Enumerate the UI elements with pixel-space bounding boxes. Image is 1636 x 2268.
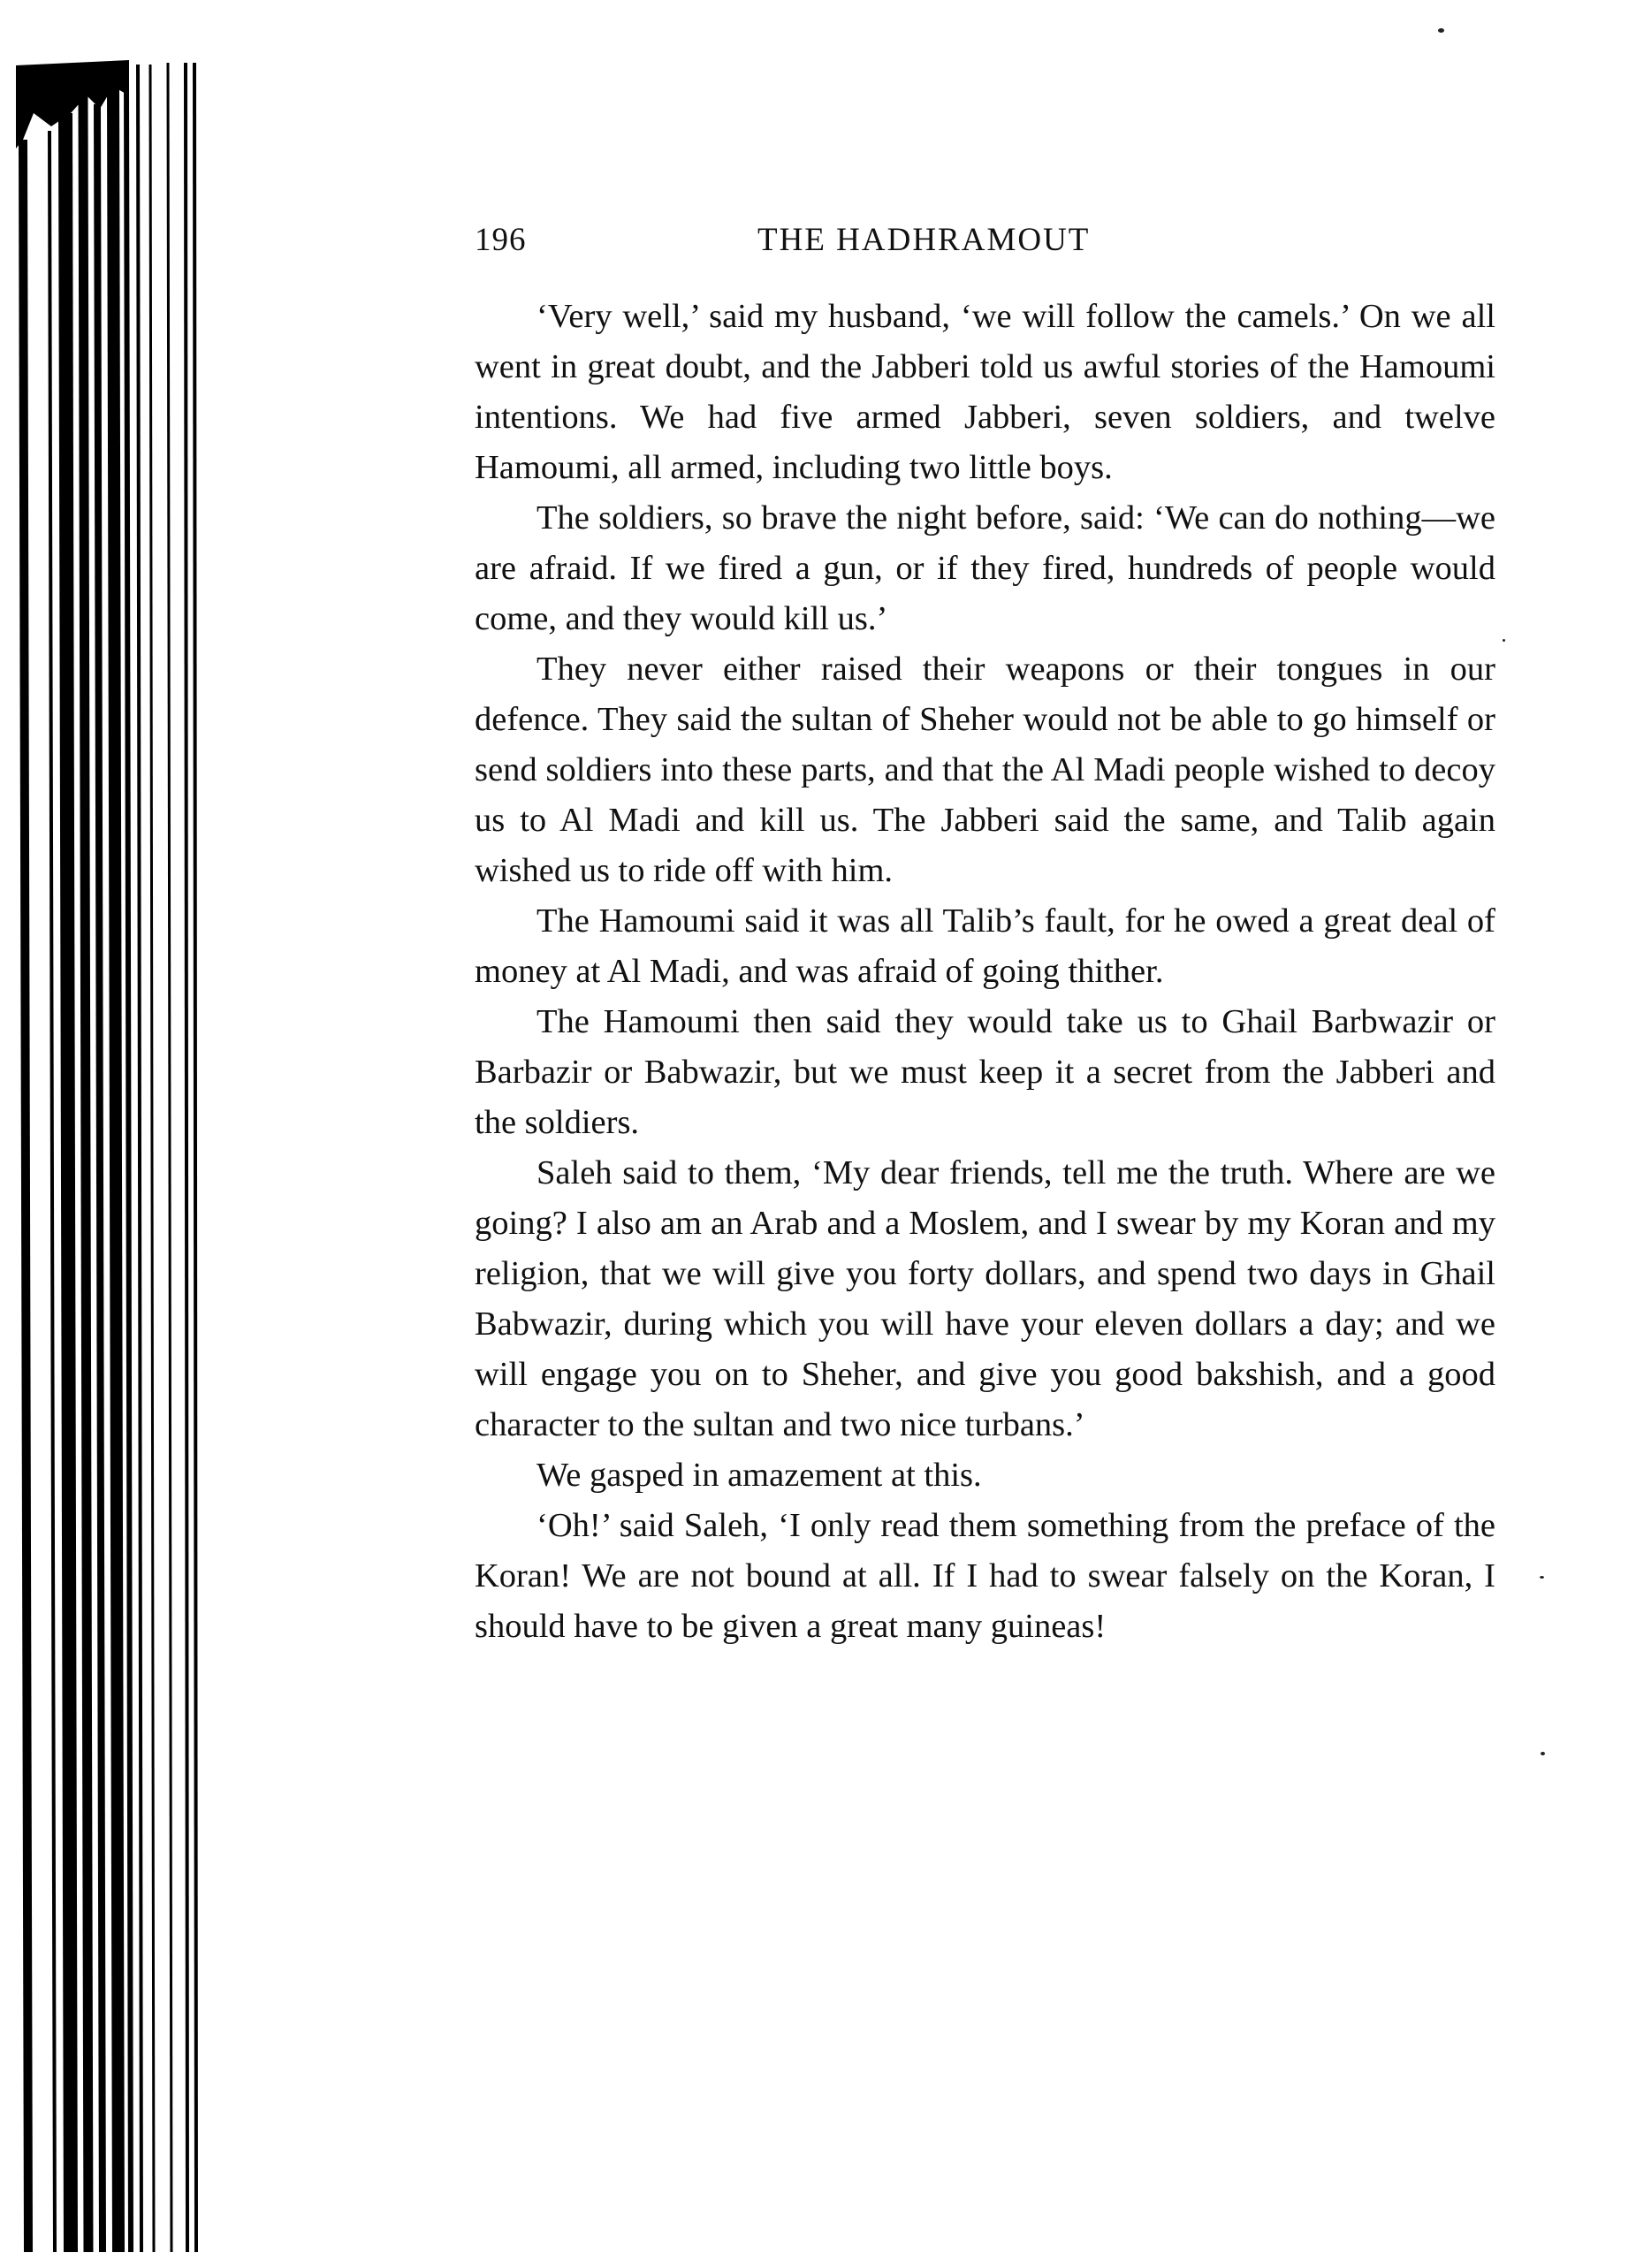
- scan-speck: [1438, 28, 1444, 33]
- paragraph: We gasped in amazement at this.: [475, 1450, 1495, 1501]
- paragraph: Saleh said to them, ‘My dear friends, te…: [475, 1148, 1495, 1450]
- running-head: 196 THE HADHRAMOUT: [475, 221, 1495, 274]
- paragraph: The Hamoumi said it was all Talib’s faul…: [475, 896, 1495, 997]
- scan-speck: [1540, 1576, 1544, 1579]
- paragraph: ‘Very well,’ said my husband, ‘we will f…: [475, 292, 1495, 493]
- paragraph: ‘Oh!’ said Saleh, ‘I only read them some…: [475, 1501, 1495, 1652]
- book-binding-edge: [16, 60, 206, 2261]
- scan-speck: [1503, 639, 1505, 642]
- paragraph: They never either raised their weapons o…: [475, 644, 1495, 896]
- page-number: 196: [475, 221, 527, 259]
- body-text: ‘Very well,’ said my husband, ‘we will f…: [475, 292, 1495, 1652]
- paragraph: The Hamoumi then said they would take us…: [475, 997, 1495, 1148]
- paragraph: The soldiers, so brave the night before,…: [475, 493, 1495, 644]
- book-page: 196 THE HADHRAMOUT ‘Very well,’ said my …: [475, 221, 1495, 1652]
- scan-speck: [1541, 1752, 1545, 1755]
- running-title: THE HADHRAMOUT: [757, 221, 1090, 259]
- page-edges-graphic: [16, 60, 206, 2261]
